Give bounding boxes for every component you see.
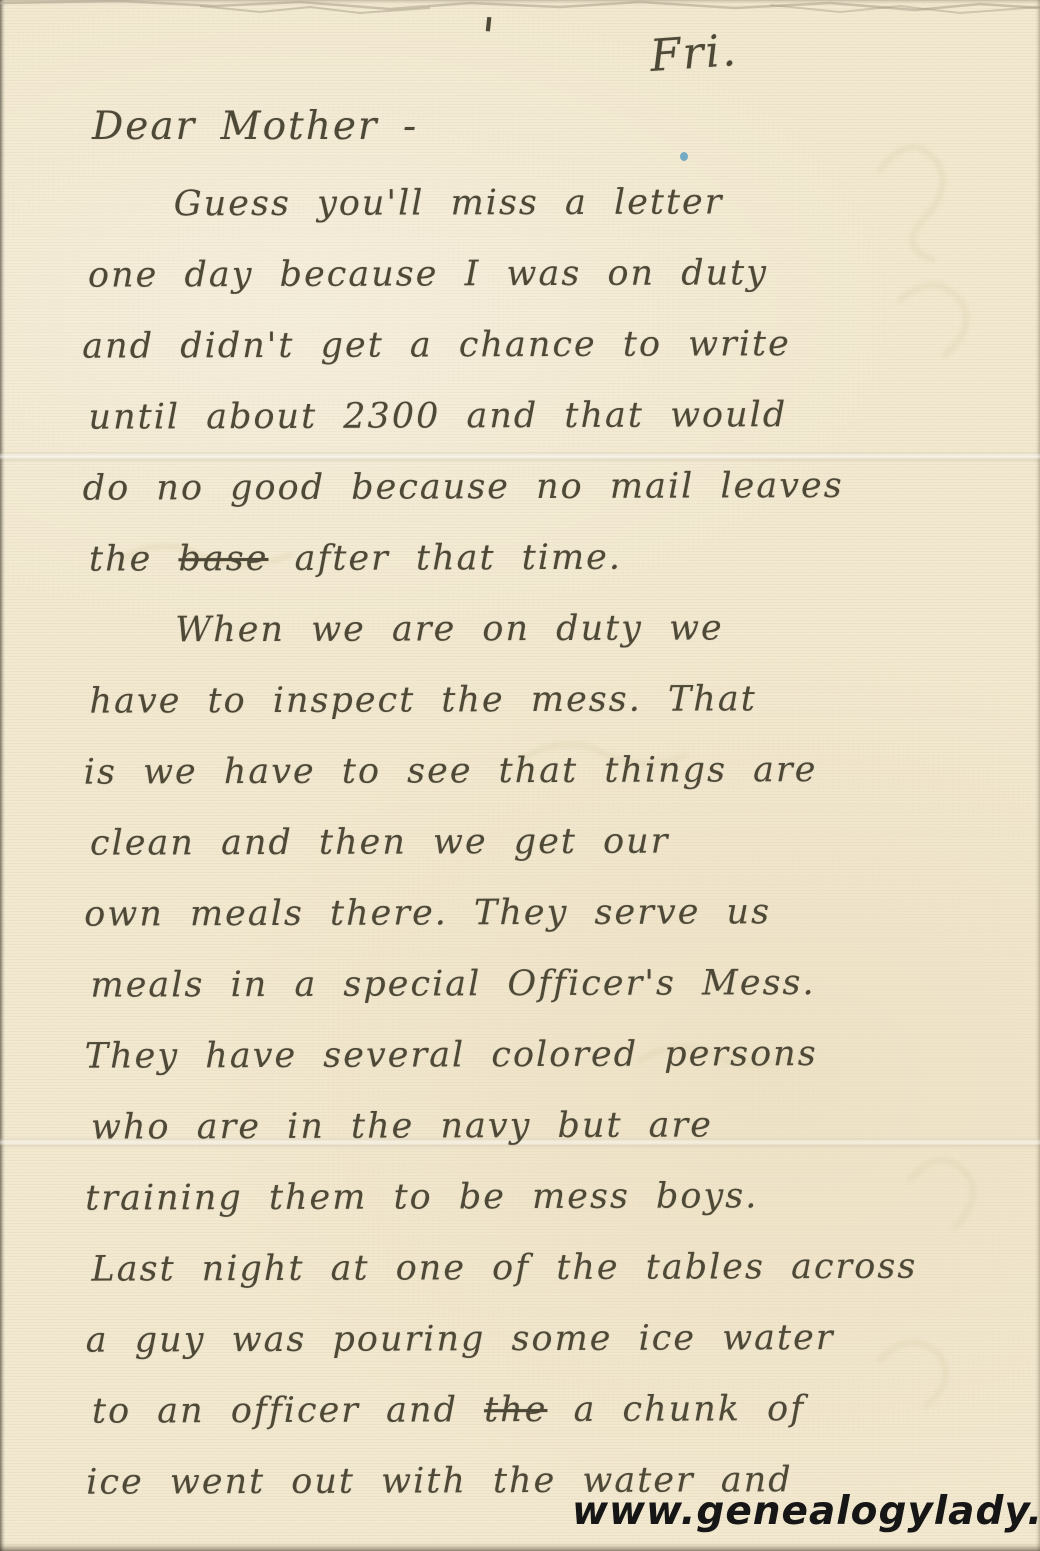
letter-line: Guess you'll miss a letter bbox=[82, 166, 1012, 240]
letter-line: a guy was pouring some ice water bbox=[86, 1302, 1016, 1376]
watermark: www.genealogylady.net bbox=[572, 1489, 1040, 1534]
torn-edge bbox=[0, 0, 1040, 26]
struck-word: base bbox=[178, 539, 268, 579]
letter-line: and didn't get a chance to write bbox=[82, 308, 1012, 382]
salutation: Dear Mother - bbox=[92, 104, 418, 149]
ink-dot bbox=[680, 152, 688, 161]
letter-line: have to inspect the mess. That bbox=[89, 663, 1013, 737]
letter-line: the base after that time. bbox=[89, 521, 1013, 595]
letter-line: own meals there. They serve us bbox=[84, 876, 1014, 950]
letter-line: meals in a special Officer's Mess. bbox=[90, 947, 1014, 1021]
letter-line: one day because I was on duty bbox=[88, 237, 1012, 311]
letter-line: training them to be mess boys. bbox=[85, 1160, 1015, 1234]
letter-line: do no good because no mail leaves bbox=[83, 450, 1013, 524]
letter-page: ' Fri. Dear Mother - Guess you'll miss a… bbox=[0, 0, 1040, 1551]
letter-body: Guess you'll miss a letterone day becaus… bbox=[82, 166, 1017, 1518]
pen-mark: ' bbox=[477, 7, 497, 68]
letter-line: Last night at one of the tables across bbox=[91, 1231, 1015, 1305]
letter-line: who are in the navy but are bbox=[91, 1089, 1015, 1163]
letter-line: When we are on duty we bbox=[83, 592, 1013, 666]
letter-line: until about 2300 and that would bbox=[88, 379, 1012, 453]
struck-word: the bbox=[484, 1390, 547, 1430]
letter-line: to an officer and the a chunk of bbox=[92, 1373, 1016, 1447]
letter-line: They have several colored persons bbox=[85, 1018, 1015, 1092]
letter-line: clean and then we get our bbox=[90, 805, 1014, 879]
date-line: Fri. bbox=[648, 25, 739, 82]
letter-line: is we have to see that things are bbox=[84, 734, 1014, 808]
